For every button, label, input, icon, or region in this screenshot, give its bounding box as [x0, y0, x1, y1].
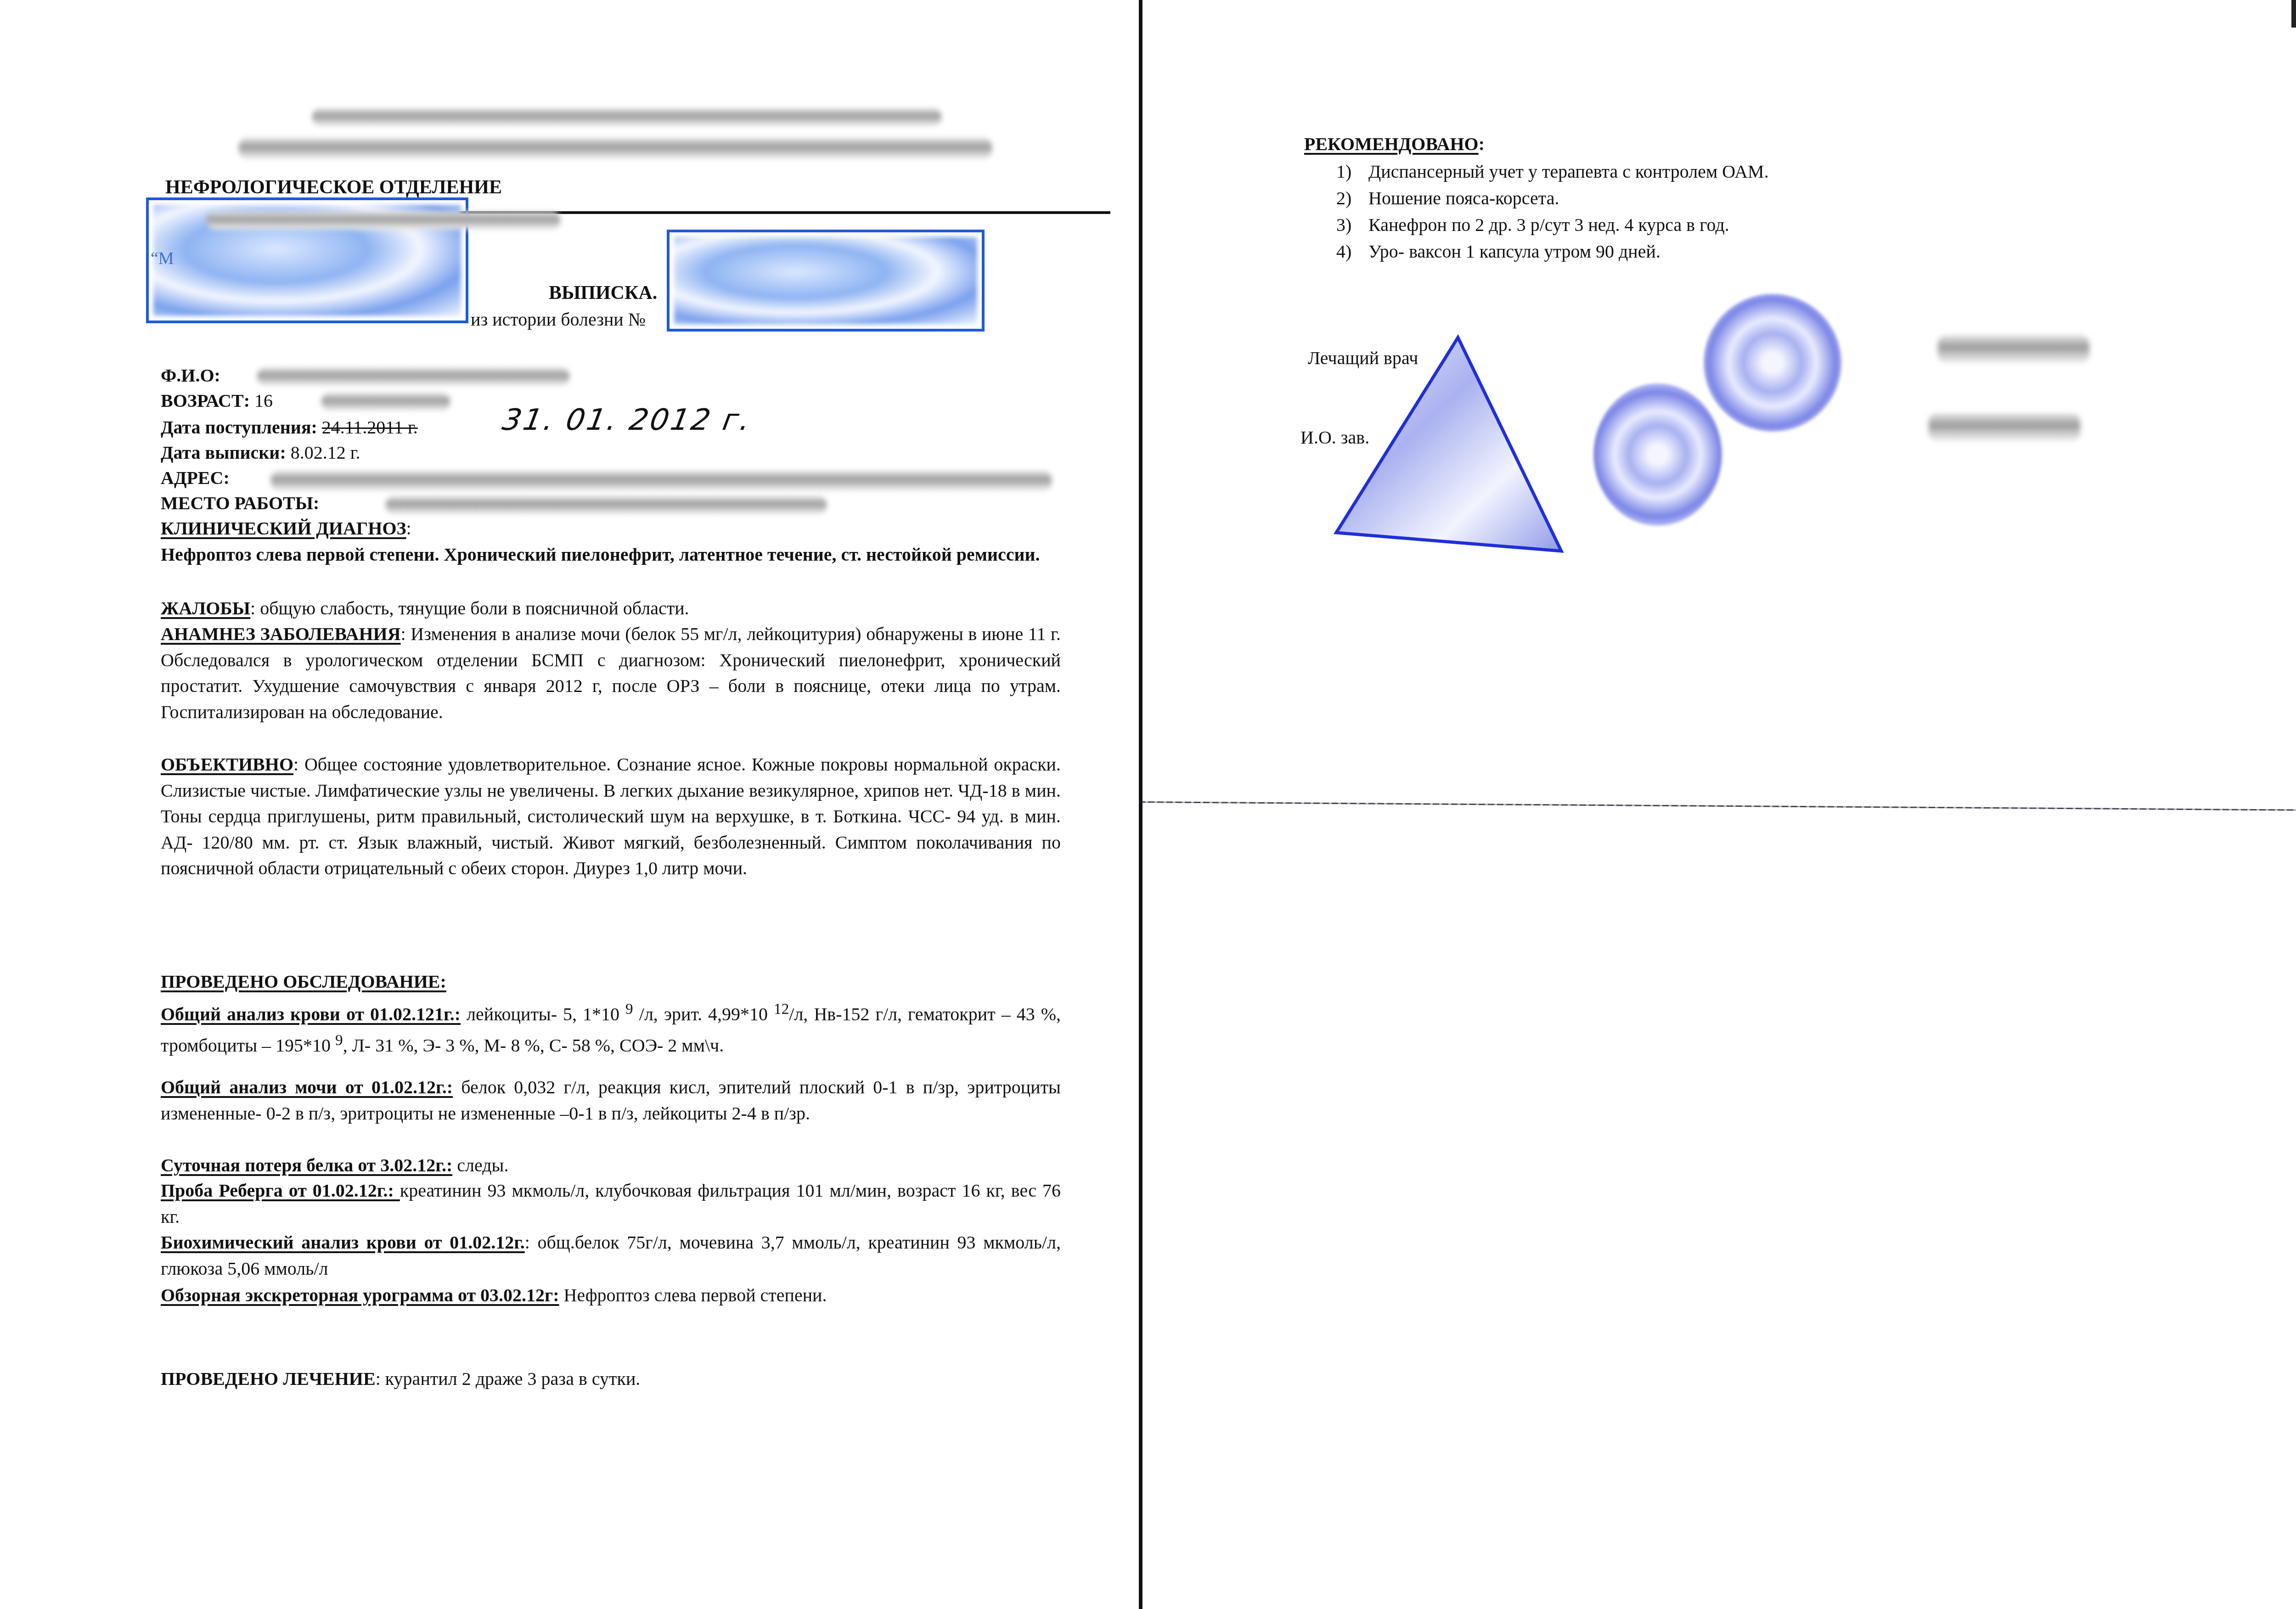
item-number: 4)	[1336, 238, 1368, 265]
item-number: 1)	[1336, 158, 1368, 185]
exam-protein-text: следы.	[452, 1155, 508, 1176]
treatment-section: ПРОВЕДЕНО ЛЕЧЕНИЕ: курантил 2 драже 3 ра…	[161, 1366, 640, 1392]
diagnosis-label: КЛИНИЧЕСКИЙ ДИАГНОЗ	[161, 518, 406, 539]
exam-blood-label: Общий анализ крови от 01.02.121г.:	[161, 1004, 461, 1024]
exponent: 12	[774, 1001, 789, 1018]
fio-label: Ф.И.О:	[161, 363, 220, 388]
recommendations-label: РЕКОМЕНДОВАНО	[1304, 134, 1479, 154]
stamp-right-smear	[674, 237, 977, 324]
age-value: 16	[254, 390, 273, 411]
objective-section: ОБЪЕКТИВНО: Общее состояние удовлетворит…	[161, 752, 1061, 882]
objective-label: ОБЪЕКТИВНО	[161, 754, 293, 775]
redacted-header-line-1	[312, 108, 941, 126]
list-item: 2)Ношение пояса-корсета.	[1336, 185, 1769, 212]
work-label: МЕСТО РАБОТЫ:	[161, 490, 319, 516]
complaints-text: общую слабость, тянущие боли в пояснично…	[260, 598, 689, 619]
address-label: АДРЕС:	[161, 465, 230, 491]
document-title: ВЫПИСКА.	[549, 280, 657, 306]
complaints-label: ЖАЛОБЫ	[161, 598, 250, 619]
discharge-value: 8.02.12 г.	[291, 442, 360, 463]
diagnosis-heading: КЛИНИЧЕСКИЙ ДИАГНОЗ:	[161, 516, 411, 541]
discharge-label: Дата выписки:	[161, 442, 286, 463]
exam-urogram-label: Обзорная экскреторная урограмма от 03.02…	[161, 1285, 559, 1305]
treatment-text: : курантил 2 драже 3 раза в сутки.	[376, 1368, 641, 1389]
treatment-label: ПРОВЕДЕНО ЛЕЧЕНИЕ	[161, 1368, 376, 1389]
exam-urine-test: Общий анализ мочи от 01.02.12г.: белок 0…	[161, 1075, 1061, 1126]
anamnesis-section: АНАМНЕЗ ЗАБОЛЕВАНИЯ: Изменения в анализе…	[161, 621, 1061, 725]
item-text: Канефрон по 2 др. 3 р/сут 3 нед. 4 курса…	[1368, 214, 1729, 235]
admission-row: Дата поступления: 24.11.2011 г.	[161, 415, 418, 440]
redacted-address	[271, 471, 1052, 491]
stamp-fragment: “М	[151, 246, 174, 271]
scan-edge	[2291, 0, 2296, 28]
list-item: 1)Диспансерный учет у терапевта с контро…	[1336, 158, 1769, 185]
exam-urogram-text: Нефроптоз слева первой степени.	[559, 1285, 827, 1305]
exponent: 9	[335, 1032, 343, 1049]
diagnosis-text: Нефроптоз слева первой степени. Хроничес…	[161, 542, 1061, 568]
exam-blood-text: /л, эрит. 4,99*10	[633, 1004, 774, 1024]
exam-blood-text: лейкоциты- 5, 1*10	[461, 1004, 625, 1024]
exam-urogram: Обзорная экскреторная урограмма от 03.02…	[161, 1283, 1061, 1309]
item-text: Уро- ваксон 1 капсула утром 90 дней.	[1368, 241, 1660, 262]
exam-blood-test: Общий анализ крови от 01.02.121г.: лейко…	[161, 996, 1061, 1059]
triangle-stamp-icon	[1327, 331, 1566, 560]
redacted-head-name	[1929, 413, 2080, 441]
exam-reberg-label: Проба Реберга от 01.02.12г.:	[161, 1180, 400, 1201]
age-label: ВОЗРАСТ:	[161, 390, 250, 411]
examination-heading: ПРОВЕДЕНО ОБСЛЕДОВАНИЕ:	[161, 969, 446, 995]
department-title: НЕФРОЛОГИЧЕСКОЕ ОТДЕЛЕНИЕ	[165, 174, 502, 200]
item-number: 3)	[1336, 212, 1368, 238]
item-number: 2)	[1336, 185, 1368, 212]
page-left: НЕФРОЛОГИЧЕСКОЕ ОТДЕЛЕНИЕ “М ВЫПИСКА. из…	[0, 0, 1139, 1609]
item-text: Диспансерный учет у терапевта с контроле…	[1368, 161, 1769, 182]
anamnesis-label: АНАМНЕЗ ЗАБОЛЕВАНИЯ	[161, 624, 401, 644]
stamp-right	[667, 230, 985, 332]
exam-blood-text: , Л- 31 %, Э- 3 %, М- 8 %, С- 58 %, СОЭ-…	[343, 1035, 724, 1056]
document-subtitle: из истории болезни №	[471, 307, 646, 332]
exam-biochem-test: Биохимический анализ крови от 01.02.12г.…	[161, 1230, 1061, 1282]
round-seal-icon	[1593, 383, 1722, 526]
redacted-attending-name	[1938, 335, 2089, 363]
exam-reberg-test: Проба Реберга от 01.02.12г.: креатинин 9…	[161, 1178, 1061, 1230]
exponent: 9	[625, 1001, 633, 1018]
exam-protein-label: Суточная потеря белка от 3.02.12г.:	[161, 1155, 452, 1176]
admission-struck-date: 24.11.2011 г.	[322, 417, 418, 438]
exam-urine-label: Общий анализ мочи от 01.02.12г.:	[161, 1077, 453, 1097]
redacted-fio	[257, 367, 569, 386]
item-text: Ношение пояса-корсета.	[1368, 188, 1559, 208]
objective-text: Общее состояние удовлетворительное. Созн…	[161, 754, 1061, 878]
round-seal-icon	[1704, 294, 1841, 432]
discharge-row: Дата выписки: 8.02.12 г.	[161, 440, 360, 466]
age-row: ВОЗРАСТ: 16	[161, 388, 273, 414]
redacted-work	[386, 496, 827, 514]
admission-handwritten-date: 31. 01. 2012 г.	[500, 403, 754, 437]
exam-protein-loss: Суточная потеря белка от 3.02.12г.: след…	[161, 1153, 1061, 1179]
redacted-institution	[207, 211, 560, 230]
redacted-age-note	[321, 393, 450, 411]
redacted-header-line-2	[239, 138, 992, 159]
recommendations-heading: РЕКОМЕНДОВАНО:	[1304, 131, 1485, 157]
exam-biochem-label: Биохимический анализ крови от 01.02.12г.	[161, 1232, 525, 1253]
admission-label: Дата поступления:	[161, 417, 317, 438]
complaints-section: ЖАЛОБЫ: общую слабость, тянущие боли в п…	[161, 596, 1061, 622]
list-item: 3)Канефрон по 2 др. 3 р/сут 3 нед. 4 кур…	[1336, 212, 1769, 238]
list-item: 4)Уро- ваксон 1 капсула утром 90 дней.	[1336, 238, 1769, 265]
recommendations-list: 1)Диспансерный учет у терапевта с контро…	[1336, 158, 1769, 265]
